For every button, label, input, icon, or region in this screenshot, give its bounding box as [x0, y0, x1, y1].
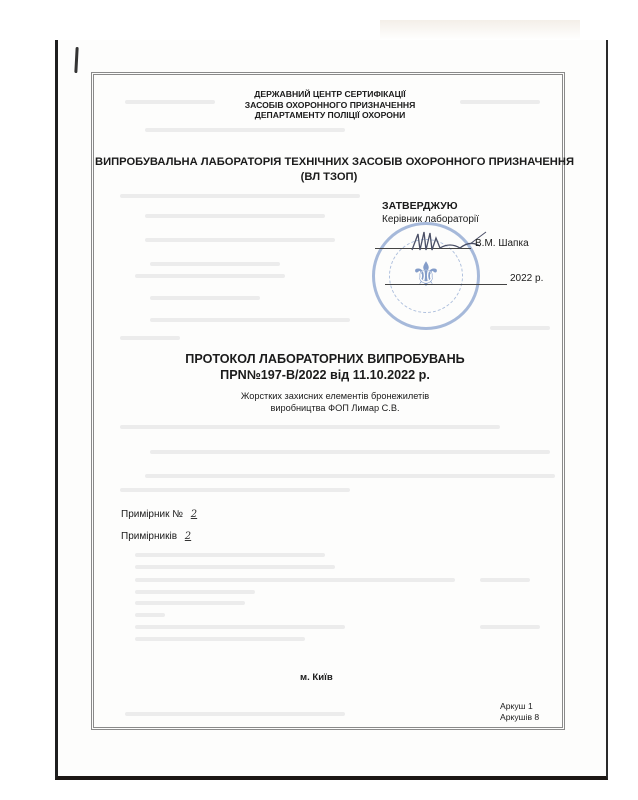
paper-shadow: [380, 20, 580, 40]
protocol-number: ПРN№197-В/2022 від 11.10.2022 р.: [180, 367, 470, 383]
copies-label: Примірників: [121, 531, 177, 542]
approval-year: 2022 р.: [510, 273, 543, 284]
approver-name: В.М. Шапка: [475, 238, 529, 249]
protocol-title: ПРОТОКОЛ ЛАБОРАТОРНИХ ВИПРОБУВАНЬ ПРN№19…: [180, 351, 470, 383]
laboratory-name: ВИПРОБУВАЛЬНА ЛАБОРАТОРІЯ ТЕХНІЧНИХ ЗАСО…: [95, 155, 563, 170]
org-line: ДЕРЖАВНИЙ ЦЕНТР СЕРТИФІКАЦІЇ: [180, 89, 480, 100]
copies-value: 2: [180, 531, 196, 542]
approval-role: Керівник лабораторії: [382, 214, 479, 225]
organization-header: ДЕРЖАВНИЙ ЦЕНТР СЕРТИФІКАЦІЇ ЗАСОБІВ ОХО…: [180, 89, 480, 121]
copy-value: 2: [186, 509, 202, 520]
laboratory-title: ВИПРОБУВАЛЬНА ЛАБОРАТОРІЯ ТЕХНІЧНИХ ЗАСО…: [95, 155, 563, 185]
org-line: ДЕПАРТАМЕНТУ ПОЛІЦІЇ ОХОРОНИ: [180, 110, 480, 121]
laboratory-abbr: (ВЛ ТЗОП): [95, 170, 563, 185]
date-line: [385, 284, 507, 285]
sheet-number: Аркуш 1: [500, 701, 539, 712]
trident-emblem-icon: ⚜: [409, 255, 443, 295]
copies-total: Примірників 2: [121, 531, 196, 542]
approval-title: ЗАТВЕРДЖУЮ: [382, 200, 458, 212]
org-line: ЗАСОБІВ ОХОРОННОГО ПРИЗНАЧЕННЯ: [180, 100, 480, 111]
protocol-subject: Жорстких захисних елементів бронежилетів…: [220, 391, 450, 414]
city: м. Київ: [300, 672, 333, 683]
copy-number: Примірник № 2: [121, 509, 202, 520]
protocol-heading: ПРОТОКОЛ ЛАБОРАТОРНИХ ВИПРОБУВАНЬ: [180, 351, 470, 367]
copy-label: Примірник №: [121, 509, 183, 520]
subject-line: виробництва ФОП Лимар С.В.: [220, 403, 450, 415]
sheets-total: Аркушів 8: [500, 712, 539, 723]
sheet-info: Аркуш 1 Аркушів 8: [500, 701, 539, 723]
subject-line: Жорстких захисних елементів бронежилетів: [220, 391, 450, 403]
